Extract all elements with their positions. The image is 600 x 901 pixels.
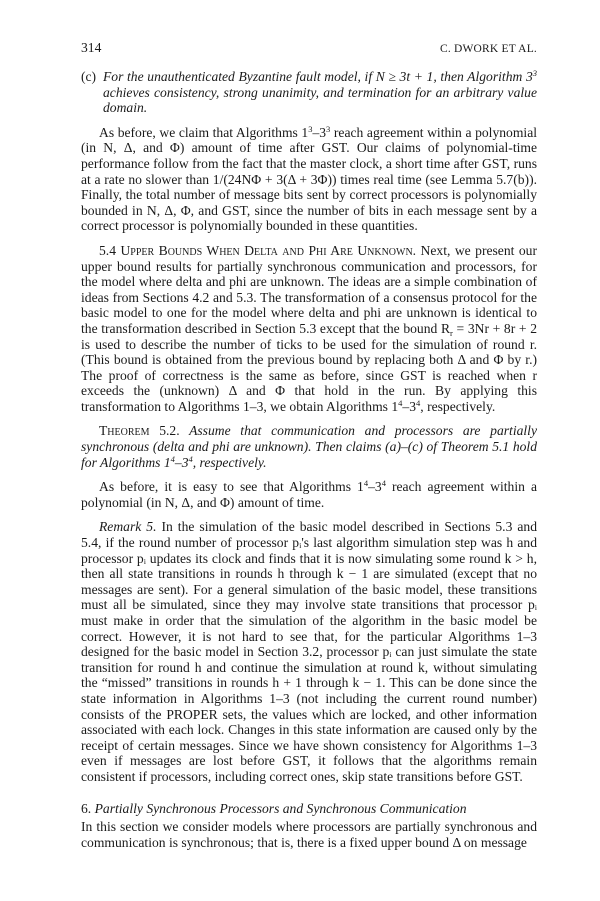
- theorem-label: Theorem 5.2.: [99, 423, 180, 438]
- superscript: 3: [533, 68, 537, 78]
- text-run: As before, we claim that Algorithms 1: [99, 125, 308, 140]
- claim-label: (c): [81, 69, 103, 116]
- document-page: 314 C. DWORK ET AL. (c) For the unauthen…: [81, 40, 537, 850]
- paragraph-polynomial-time: As before, we claim that Algorithms 13–3…: [81, 125, 537, 234]
- theorem-claim-c: (c) For the unauthenticated Byzantine fa…: [81, 69, 537, 116]
- paragraph-easy-to-see: As before, it is easy to see that Algori…: [81, 479, 537, 510]
- text-run: reach agreement within a polynomial (in …: [81, 125, 537, 234]
- remark-text: In the simulation of the basic model des…: [81, 519, 537, 784]
- section-number: 6.: [81, 801, 91, 816]
- text-run: –3: [175, 455, 189, 470]
- remark-label: Remark 5.: [99, 519, 156, 534]
- claim-text-b: achieves consistency, strong unanimity, …: [103, 85, 537, 116]
- text-run: –3: [368, 479, 382, 494]
- remark-5: Remark 5. In the simulation of the basic…: [81, 519, 537, 784]
- text-run: , respectively.: [420, 399, 495, 414]
- section-6-paragraph: In this section we consider models where…: [81, 819, 537, 850]
- text-run: As before, it is easy to see that Algori…: [99, 479, 364, 494]
- section-5-4-paragraph: 5.4 Upper Bounds When Delta and Phi Are …: [81, 243, 537, 415]
- section-5-4-heading: 5.4 Upper Bounds When Delta and Phi Are …: [99, 243, 416, 258]
- text-run: , respectively.: [193, 455, 267, 470]
- running-head-author: C. DWORK ET AL.: [440, 42, 537, 58]
- claim-text: For the unauthenticated Byzantine fault …: [103, 69, 537, 116]
- section-title: Partially Synchronous Processors and Syn…: [95, 801, 467, 816]
- theorem-5-2: Theorem 5.2. Assume that communication a…: [81, 423, 537, 470]
- claim-text-a: For the unauthenticated Byzantine fault …: [103, 69, 533, 84]
- text-run: –3: [402, 399, 416, 414]
- section-6-heading: 6. Partially Synchronous Processors and …: [81, 801, 537, 817]
- running-head: 314 C. DWORK ET AL.: [81, 40, 537, 58]
- text-run: –3: [312, 125, 326, 140]
- page-number: 314: [81, 40, 101, 56]
